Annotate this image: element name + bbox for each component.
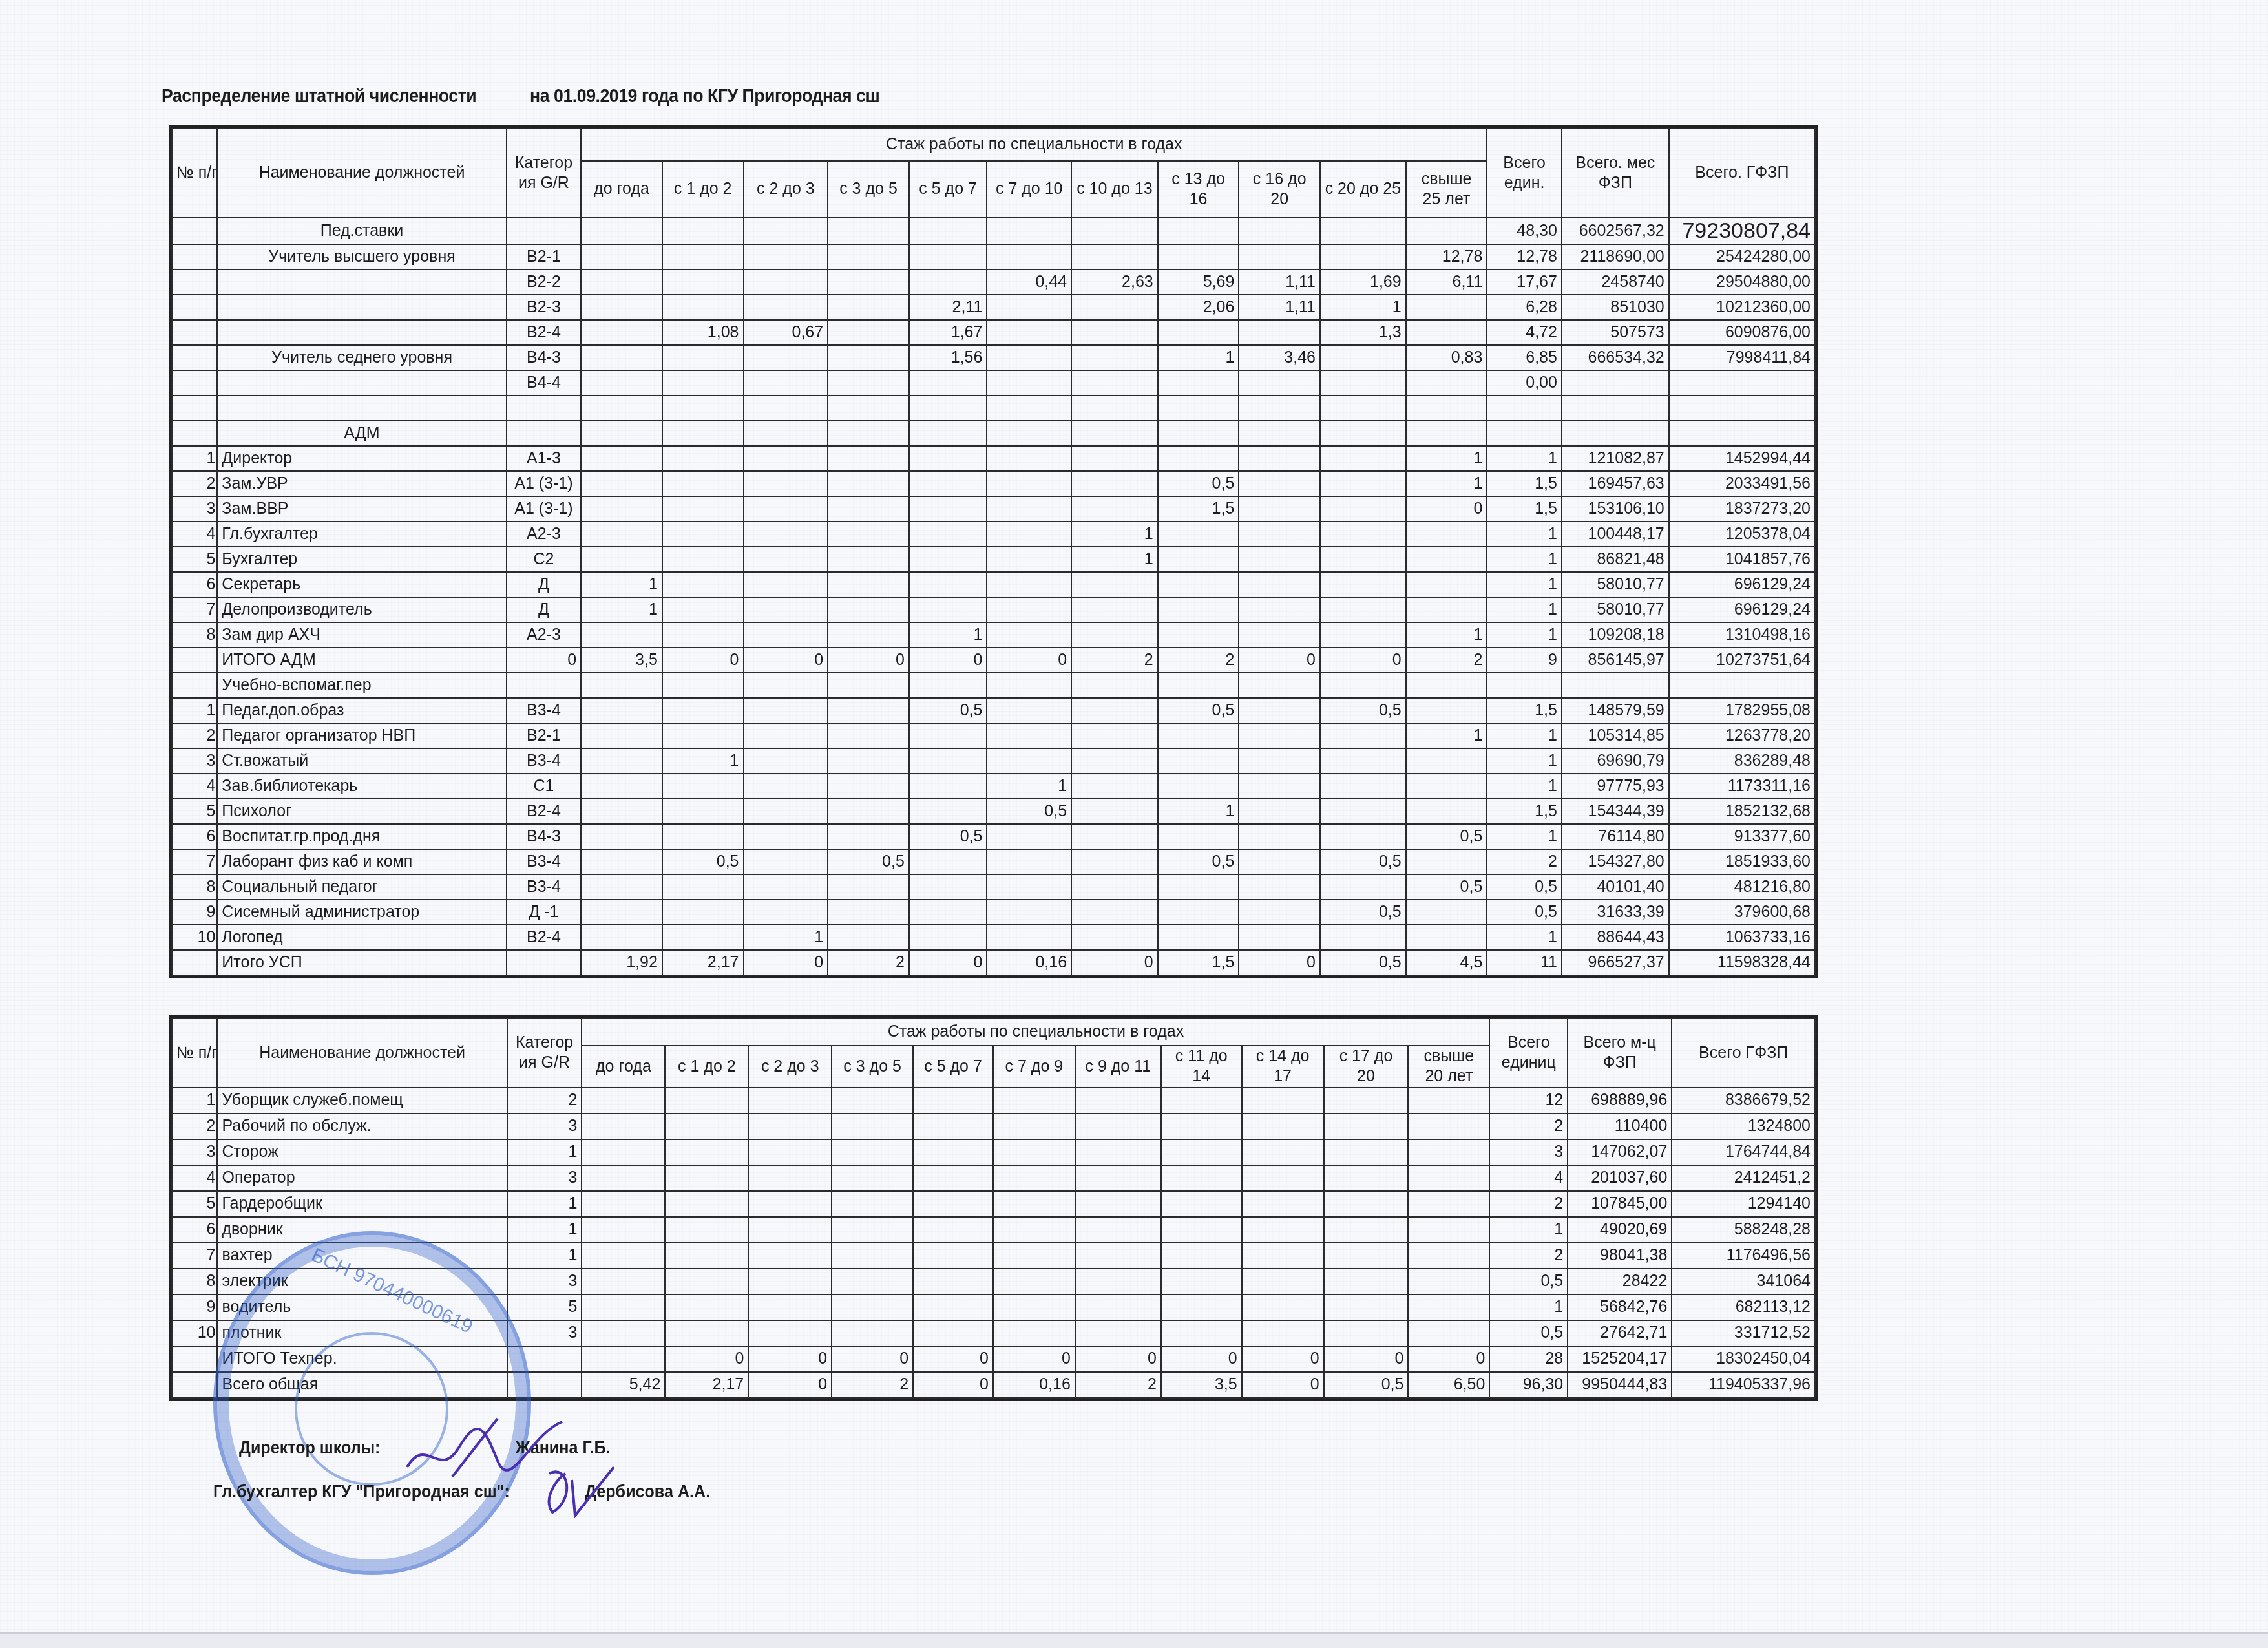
cell-position-name: Учебно-вспомаг.пер [217, 673, 506, 698]
cell-index: 2 [172, 471, 217, 496]
cell-stazh-value: 2 [1406, 648, 1487, 673]
cell-category: 1 [507, 1243, 582, 1269]
cell-stazh-value [662, 547, 744, 572]
cell-stazh-value [1406, 295, 1487, 320]
cell-total-units: 12,78 [1487, 244, 1562, 269]
cell-stazh-value [581, 774, 662, 799]
title-left: Распределение штатной численности [162, 86, 476, 107]
cell-position-name: Итого УСП [217, 950, 506, 975]
cell-category: B4-4 [507, 370, 582, 396]
cell-position-name: Пед.ставки [217, 218, 506, 244]
header-stazh-col: с 14 до 17 [1242, 1046, 1324, 1088]
cell-index [172, 269, 217, 295]
cell-stazh-value [744, 446, 828, 471]
cell-stazh-value: 1,69 [1320, 269, 1406, 295]
cell-stazh-value [909, 547, 987, 572]
cell-position-name: Делопроизводитель [217, 597, 506, 622]
cell-stazh-value [1161, 1114, 1242, 1139]
cell-stazh-value [1071, 396, 1158, 421]
cell-monthly-fzp: 110400 [1568, 1114, 1672, 1139]
cell-index [172, 218, 217, 244]
cell-stazh-value [832, 1191, 913, 1217]
cell-stazh-value [1320, 421, 1406, 446]
cell-index: 7 [172, 1243, 217, 1269]
cell-total-units: 1 [1487, 547, 1562, 572]
cell-stazh-value [744, 345, 828, 370]
cell-stazh-value [1408, 1165, 1489, 1191]
cell-stazh-value [748, 1191, 832, 1217]
cell-category: 1 [507, 1217, 582, 1243]
cell-stazh-value [1071, 673, 1158, 698]
cell-stazh-value [1320, 774, 1406, 799]
cell-stazh-value [1158, 774, 1239, 799]
cell-stazh-value [1406, 572, 1487, 597]
cell-stazh-value [1320, 748, 1406, 774]
cell-index [172, 950, 217, 975]
cell-total-units: 0,5 [1487, 900, 1562, 925]
cell-stazh-value [1071, 244, 1158, 269]
cell-stazh-value [828, 622, 909, 648]
cell-total-units: 0,5 [1489, 1269, 1568, 1294]
cell-stazh-value [662, 925, 744, 950]
cell-stazh-value [1161, 1269, 1242, 1294]
accountant-signature-icon [536, 1461, 620, 1525]
cell-stazh-value [909, 218, 987, 244]
cell-stazh-value: 0 [1239, 950, 1320, 975]
table-row: ИТОГО АДМ03,500000220029856145,971027375… [172, 648, 1815, 673]
cell-stazh-value [662, 218, 744, 244]
cell-monthly-fzp: 2458740 [1562, 269, 1669, 295]
cell-category: А1 (3-1) [507, 471, 582, 496]
cell-stazh-value [1075, 1191, 1161, 1217]
cell-stazh-value [1239, 522, 1320, 547]
cell-stazh-value [744, 547, 828, 572]
cell-position-name: Учитель седнего уровня [217, 345, 506, 370]
cell-stazh-value [581, 723, 662, 748]
cell-position-name: Зам.УВР [217, 471, 506, 496]
cell-stazh-value [665, 1269, 748, 1294]
header-stazh-col: с 13 до 16 [1158, 161, 1239, 218]
cell-index: 5 [172, 547, 217, 572]
cell-monthly-fzp: 86821,48 [1562, 547, 1669, 572]
cell-category: B4-3 [507, 345, 582, 370]
table-row: 4Оператор34201037,602412451,2 [172, 1165, 1815, 1191]
cell-annual-gfzp: 836289,48 [1669, 748, 1815, 774]
cell-index: 4 [172, 774, 217, 799]
cell-category: В3-4 [507, 849, 582, 874]
cell-category: B2-1 [507, 244, 582, 269]
cell-stazh-value [1408, 1320, 1489, 1346]
cell-monthly-fzp: 58010,77 [1562, 572, 1669, 597]
cell-stazh-value [748, 1088, 832, 1114]
cell-total-units: 0,5 [1489, 1320, 1568, 1346]
cell-index [172, 370, 217, 396]
cell-stazh-value [581, 748, 662, 774]
cell-total-units: 2 [1489, 1191, 1568, 1217]
cell-stazh-value [662, 723, 744, 748]
cell-stazh-value: 0 [832, 1346, 913, 1372]
header-stazh-col: с 7 до 9 [993, 1046, 1075, 1088]
cell-stazh-value [744, 295, 828, 320]
cell-position-name: Всего общая [217, 1372, 507, 1398]
cell-annual-gfzp [1669, 370, 1815, 396]
cell-annual-gfzp: 8386679,52 [1672, 1088, 1815, 1114]
cell-total-units: 1 [1487, 572, 1562, 597]
cell-index: 1 [172, 698, 217, 723]
cell-stazh-value [1320, 446, 1406, 471]
cell-stazh-value [987, 874, 1071, 900]
cell-stazh-value [1071, 446, 1158, 471]
cell-category: В3-4 [507, 748, 582, 774]
cell-index: 1 [172, 1088, 217, 1114]
cell-total-units: 1 [1487, 597, 1562, 622]
cell-stazh-value: 0,5 [1324, 1372, 1409, 1398]
cell-position-name: Педагог организатор НВП [217, 723, 506, 748]
cell-stazh-value [662, 522, 744, 547]
cell-stazh-value [913, 1139, 993, 1165]
table-row: 9водитель5156842,76682113,12 [172, 1294, 1815, 1320]
cell-monthly-fzp: 107845,00 [1568, 1191, 1672, 1217]
cell-stazh-value: 0 [1071, 950, 1158, 975]
cell-stazh-value [662, 597, 744, 622]
cell-stazh-value: 0 [1242, 1372, 1324, 1398]
cell-category: B2-4 [507, 320, 582, 345]
cell-index: 8 [172, 622, 217, 648]
cell-index [172, 421, 217, 446]
cell-stazh-value [987, 244, 1071, 269]
table-row: 10плотник30,527642,71331712,52 [172, 1320, 1815, 1346]
cell-stazh-value: 6,50 [1408, 1372, 1489, 1398]
cell-stazh-value: 0,5 [987, 799, 1071, 824]
cell-stazh-value [1242, 1139, 1324, 1165]
cell-stazh-value [987, 345, 1071, 370]
cell-stazh-value [909, 748, 987, 774]
cell-annual-gfzp: 2412451,2 [1672, 1165, 1815, 1191]
header-stazh-col: с 20 до 25 [1320, 161, 1406, 218]
header-stazh: Стаж работы по специальности в годах [581, 129, 1487, 161]
cell-monthly-fzp: 1525204,17 [1568, 1346, 1672, 1372]
cell-stazh-value [665, 1294, 748, 1320]
cell-stazh-value [581, 925, 662, 950]
cell-monthly-fzp: 153106,10 [1562, 496, 1669, 522]
cell-stazh-value: 0 [748, 1346, 832, 1372]
cell-stazh-value: 1 [1071, 547, 1158, 572]
cell-stazh-value: 2 [828, 950, 909, 975]
cell-stazh-value: 0 [1408, 1346, 1489, 1372]
cell-stazh-value: 2,63 [1071, 269, 1158, 295]
cell-stazh-value [1324, 1165, 1409, 1191]
table-row: B2-41,080,671,671,34,725075736090876,00 [172, 320, 1815, 345]
cell-stazh-value [1239, 774, 1320, 799]
cell-stazh-value: 1 [744, 925, 828, 950]
cell-total-units: 2 [1489, 1243, 1568, 1269]
cell-category: В2-1 [507, 723, 582, 748]
cell-stazh-value: 0,5 [1406, 874, 1487, 900]
cell-stazh-value [1242, 1114, 1324, 1139]
cell-monthly-fzp: 666534,32 [1562, 345, 1669, 370]
table-row: 3Сторож13147062,071764744,84 [172, 1139, 1815, 1165]
cell-stazh-value [581, 547, 662, 572]
cell-stazh-value [913, 1114, 993, 1139]
cell-stazh-value: 1,11 [1239, 295, 1320, 320]
cell-position-name: Рабочий по обслуж. [217, 1114, 507, 1139]
cell-annual-gfzp: 1263778,20 [1669, 723, 1815, 748]
cell-stazh-value: 0 [662, 648, 744, 673]
cell-stazh-value [987, 849, 1071, 874]
cell-total-units: 48,30 [1487, 218, 1562, 244]
cell-stazh-value [909, 496, 987, 522]
cell-stazh-value: 1,5 [1158, 950, 1239, 975]
cell-stazh-value [1239, 320, 1320, 345]
cell-stazh-value [1324, 1294, 1409, 1320]
cell-stazh-value [1239, 496, 1320, 522]
cell-stazh-value [1239, 874, 1320, 900]
table-row: 5Гардеробщик12107845,001294140 [172, 1191, 1815, 1217]
cell-position-name: Социальный педагог [217, 874, 506, 900]
table-row: 1ДиректорА1-311121082,871452994,44 [172, 446, 1815, 471]
cell-category: 3 [507, 1165, 582, 1191]
cell-stazh-value [828, 572, 909, 597]
table-row: АДМ [172, 421, 1815, 446]
cell-index: 3 [172, 748, 217, 774]
cell-stazh-value [744, 370, 828, 396]
cell-stazh-value [582, 1269, 665, 1294]
cell-stazh-value [1242, 1088, 1324, 1114]
cell-position-name: Зав.библиотекарь [217, 774, 506, 799]
cell-stazh-value [1320, 824, 1406, 849]
cell-stazh-value [1408, 1114, 1489, 1139]
cell-total-units: 1 [1487, 446, 1562, 471]
cell-stazh-value [662, 774, 744, 799]
cell-stazh-value [582, 1114, 665, 1139]
cell-stazh-value [1320, 799, 1406, 824]
cell-stazh-value [1242, 1191, 1324, 1217]
cell-stazh-value [993, 1320, 1075, 1346]
cell-stazh-value [582, 1346, 665, 1372]
cell-stazh-value [1075, 1269, 1161, 1294]
cell-stazh-value [909, 799, 987, 824]
cell-stazh-value [993, 1088, 1075, 1114]
cell-annual-gfzp: 331712,52 [1672, 1320, 1815, 1346]
cell-annual-gfzp: 1782955,08 [1669, 698, 1815, 723]
cell-stazh-value [1239, 396, 1320, 421]
header-stazh-col: с 3 до 5 [828, 161, 909, 218]
cell-stazh-value: 1 [662, 748, 744, 774]
cell-monthly-fzp: 56842,76 [1568, 1294, 1672, 1320]
cell-stazh-value [1158, 421, 1239, 446]
cell-stazh-value [1158, 874, 1239, 900]
cell-stazh-value [1071, 370, 1158, 396]
cell-stazh-value [909, 925, 987, 950]
cell-stazh-value [1071, 471, 1158, 496]
cell-stazh-value [1324, 1320, 1409, 1346]
cell-category: А2-3 [507, 522, 582, 547]
cell-index: 3 [172, 1139, 217, 1165]
cell-stazh-value [1242, 1217, 1324, 1243]
cell-stazh-value [662, 622, 744, 648]
cell-stazh-value [748, 1217, 832, 1243]
cell-stazh-value [744, 723, 828, 748]
cell-index: 9 [172, 1294, 217, 1320]
cell-monthly-fzp: 698889,96 [1568, 1088, 1672, 1114]
cell-stazh-value [1239, 900, 1320, 925]
cell-stazh-value [581, 370, 662, 396]
cell-total-units: 96,30 [1489, 1372, 1568, 1398]
cell-total-units: 1,5 [1487, 799, 1562, 824]
scanner-edge [0, 1632, 2268, 1648]
cell-stazh-value [581, 849, 662, 874]
cell-stazh-value [1406, 522, 1487, 547]
cell-stazh-value: 1 [1406, 622, 1487, 648]
cell-stazh-value [1239, 547, 1320, 572]
header-category: Категор ия G/R [507, 129, 582, 218]
cell-stazh-value [582, 1191, 665, 1217]
cell-stazh-value [1071, 849, 1158, 874]
cell-stazh-value: 0 [665, 1346, 748, 1372]
cell-stazh-value: 0,5 [1320, 849, 1406, 874]
cell-category [507, 1346, 582, 1372]
cell-stazh-value: 2 [1158, 648, 1239, 673]
cell-stazh-value [1158, 673, 1239, 698]
cell-stazh-value [1071, 345, 1158, 370]
cell-stazh-value [665, 1139, 748, 1165]
cell-stazh-value [1239, 597, 1320, 622]
cell-index: 7 [172, 597, 217, 622]
staff-table-main: № п/п Наименование должностей Категор ия… [171, 128, 1816, 976]
cell-stazh-value: 0 [744, 648, 828, 673]
cell-category [507, 950, 582, 975]
cell-stazh-value [832, 1217, 913, 1243]
cell-stazh-value [581, 622, 662, 648]
cell-stazh-value [1239, 698, 1320, 723]
cell-position-name: Оператор [217, 1165, 507, 1191]
cell-stazh-value [662, 421, 744, 446]
cell-stazh-value: 0,5 [1320, 900, 1406, 925]
cell-stazh-value [1158, 547, 1239, 572]
cell-stazh-value: 6,11 [1406, 269, 1487, 295]
cell-total-units: 12 [1489, 1088, 1568, 1114]
table-row: 7Лаборант физ каб и компВ3-40,50,50,50,5… [172, 849, 1815, 874]
cell-stazh-value [828, 673, 909, 698]
cell-position-name [217, 396, 506, 421]
cell-stazh-value [1071, 723, 1158, 748]
cell-annual-gfzp: 25424280,00 [1669, 244, 1815, 269]
cell-stazh-value [744, 421, 828, 446]
cell-stazh-value [662, 496, 744, 522]
cell-stazh-value [1408, 1269, 1489, 1294]
cell-stazh-value: 1 [1158, 345, 1239, 370]
cell-stazh-value [1161, 1320, 1242, 1346]
cell-stazh-value [581, 218, 662, 244]
cell-stazh-value [987, 673, 1071, 698]
cell-stazh-value [581, 269, 662, 295]
cell-stazh-value [581, 244, 662, 269]
cell-stazh-value: 1,3 [1320, 320, 1406, 345]
cell-stazh-value: 0 [1075, 1346, 1161, 1372]
cell-total-units [1487, 421, 1562, 446]
cell-category: 3 [507, 1269, 582, 1294]
cell-index [172, 295, 217, 320]
cell-stazh-value [582, 1217, 665, 1243]
cell-monthly-fzp: 58010,77 [1562, 597, 1669, 622]
table-row: Учебно-вспомаг.пер [172, 673, 1815, 698]
header-stazh-col: свыше 20 лет [1408, 1046, 1489, 1088]
cell-stazh-value [1406, 370, 1487, 396]
cell-stazh-value [913, 1191, 993, 1217]
cell-stazh-value [1408, 1243, 1489, 1269]
cell-monthly-fzp: 2118690,00 [1562, 244, 1669, 269]
header-name: Наименование должностей [217, 129, 506, 218]
cell-index: 6 [172, 1217, 217, 1243]
cell-stazh-value [828, 295, 909, 320]
cell-stazh-value [1320, 874, 1406, 900]
cell-stazh-value [828, 900, 909, 925]
header-stazh-col: с 2 до 3 [744, 161, 828, 218]
cell-stazh-value [1239, 421, 1320, 446]
cell-annual-gfzp: 10212360,00 [1669, 295, 1815, 320]
cell-stazh-value [832, 1114, 913, 1139]
cell-category: 2 [507, 1088, 582, 1114]
cell-stazh-value [1408, 1191, 1489, 1217]
cell-total-units [1487, 396, 1562, 421]
cell-stazh-value [913, 1165, 993, 1191]
cell-stazh-value [987, 900, 1071, 925]
cell-annual-gfzp: 696129,24 [1669, 572, 1815, 597]
cell-position-name [217, 370, 506, 396]
cell-stazh-value [1239, 925, 1320, 950]
cell-stazh-value [1408, 1294, 1489, 1320]
cell-stazh-value [987, 597, 1071, 622]
cell-stazh-value [987, 446, 1071, 471]
cell-stazh-value [987, 547, 1071, 572]
header-stazh-col: с 17 до 20 [1324, 1046, 1409, 1088]
cell-monthly-fzp: 97775,93 [1562, 774, 1669, 799]
cell-monthly-fzp: 40101,40 [1562, 874, 1669, 900]
cell-stazh-value [913, 1217, 993, 1243]
cell-monthly-fzp: 28422 [1568, 1269, 1672, 1294]
table-row: 5БухгалтерС21186821,481041857,76 [172, 547, 1815, 572]
cell-stazh-value [662, 446, 744, 471]
header-monthly-fzp: Всего м-ц ФЗП [1568, 1019, 1672, 1088]
cell-stazh-value [1071, 774, 1158, 799]
cell-index: 7 [172, 849, 217, 874]
cell-stazh-value [1158, 522, 1239, 547]
cell-stazh-value [581, 496, 662, 522]
cell-stazh-value [1408, 1088, 1489, 1114]
cell-stazh-value [665, 1243, 748, 1269]
cell-stazh-value: 1 [909, 622, 987, 648]
cell-stazh-value [665, 1114, 748, 1139]
cell-stazh-value [913, 1320, 993, 1346]
cell-total-units: 1 [1487, 774, 1562, 799]
cell-stazh-value [1075, 1114, 1161, 1139]
cell-stazh-value: 0,5 [909, 824, 987, 849]
cell-stazh-value [744, 874, 828, 900]
cell-stazh-value [665, 1088, 748, 1114]
cell-stazh-value [987, 370, 1071, 396]
cell-position-name: Зам дир АХЧ [217, 622, 506, 648]
cell-annual-gfzp: 79230807,84 [1669, 218, 1815, 244]
cell-stazh-value [1406, 698, 1487, 723]
cell-stazh-value [744, 396, 828, 421]
cell-stazh-value [987, 572, 1071, 597]
cell-category [507, 1372, 582, 1398]
cell-stazh-value [662, 824, 744, 849]
cell-stazh-value [1324, 1114, 1409, 1139]
cell-stazh-value [828, 471, 909, 496]
cell-stazh-value [748, 1243, 832, 1269]
cell-stazh-value [828, 824, 909, 849]
